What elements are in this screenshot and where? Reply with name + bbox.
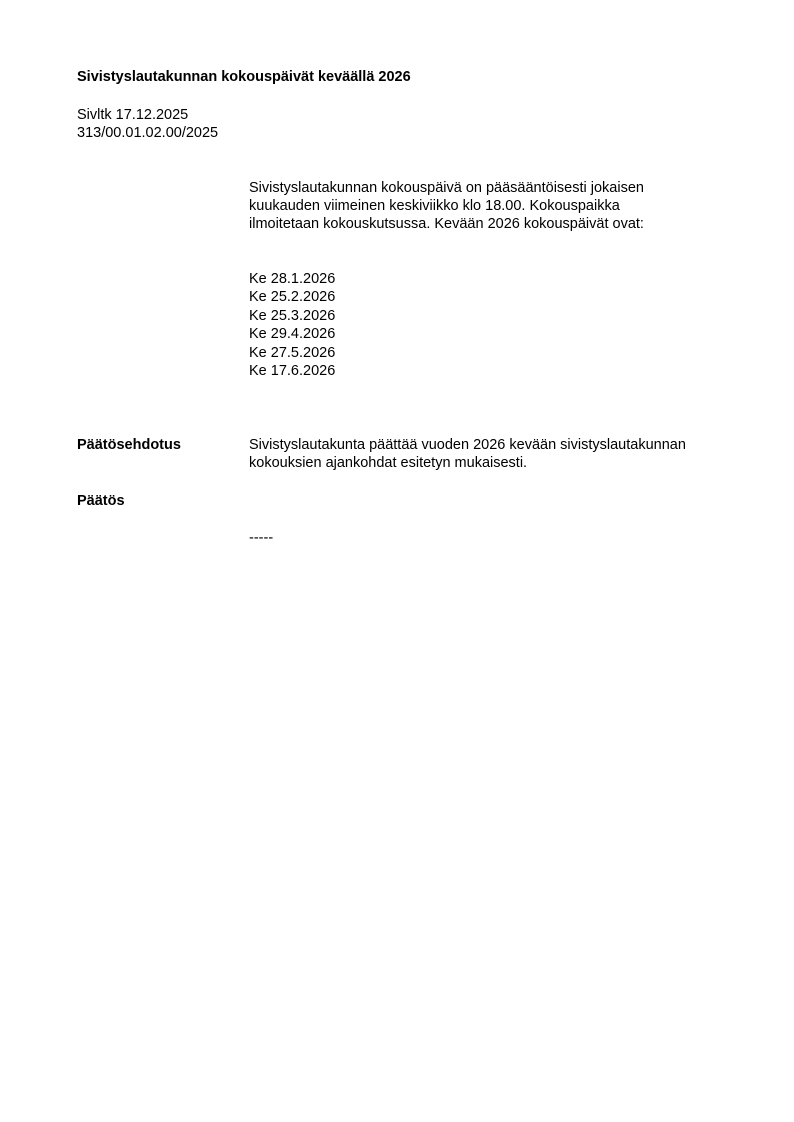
proposal-line: Sivistyslautakunta päättää vuoden 2026 k… (249, 436, 686, 454)
document-meta: Sivltk 17.12.2025 313/00.01.02.00/2025 (77, 106, 218, 142)
proposal-label: Päätösehdotus (77, 436, 181, 454)
intro-line: ilmoitetaan kokouskutsussa. Kevään 2026 … (249, 215, 729, 233)
meeting-dates-list: Ke 28.1.2026 Ke 25.2.2026 Ke 25.3.2026 K… (249, 270, 335, 380)
decision-text: ----- (249, 529, 273, 547)
meeting-date: Ke 25.3.2026 (249, 307, 335, 325)
document-title: Sivistyslautakunnan kokouspäivät kevääll… (77, 68, 411, 86)
proposal-text: Sivistyslautakunta päättää vuoden 2026 k… (249, 436, 686, 472)
decision-label: Päätös (77, 492, 125, 510)
meeting-date: Ke 25.2.2026 (249, 288, 335, 306)
proposal-line: kokouksien ajankohdat esitetyn mukaisest… (249, 454, 686, 472)
meeting-date: Ke 27.5.2026 (249, 344, 335, 362)
meeting-reference: Sivltk 17.12.2025 (77, 106, 218, 124)
record-number: 313/00.01.02.00/2025 (77, 124, 218, 142)
intro-paragraph: Sivistyslautakunnan kokouspäivä on pääsä… (249, 179, 729, 233)
meeting-date: Ke 28.1.2026 (249, 270, 335, 288)
intro-line: Sivistyslautakunnan kokouspäivä on pääsä… (249, 179, 729, 197)
intro-line: kuukauden viimeinen keskiviikko klo 18.0… (249, 197, 729, 215)
meeting-date: Ke 17.6.2026 (249, 362, 335, 380)
meeting-date: Ke 29.4.2026 (249, 325, 335, 343)
